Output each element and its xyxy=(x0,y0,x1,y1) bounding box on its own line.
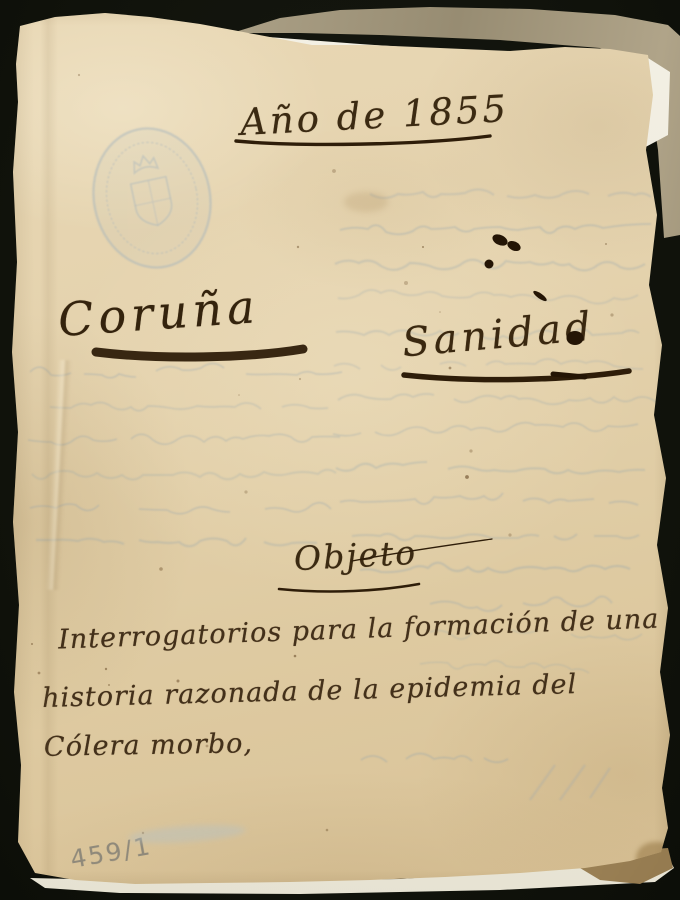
paper-speck xyxy=(294,655,297,658)
paper-speck xyxy=(244,490,247,493)
bleedthrough-line xyxy=(32,470,336,480)
bleedthrough-line xyxy=(361,754,508,763)
ink-blot xyxy=(485,260,494,269)
paper-speck xyxy=(332,169,336,173)
ink-blot xyxy=(532,289,548,302)
paper-speck xyxy=(299,378,301,380)
paper-stain xyxy=(344,192,388,212)
paper-speck xyxy=(78,74,80,76)
graphite-smudge xyxy=(128,822,247,846)
department-name: Sanidad xyxy=(400,304,596,367)
paper-speck xyxy=(469,449,472,452)
pencil-mark xyxy=(560,765,585,800)
pencil-mark xyxy=(530,765,555,800)
manuscript-page: Año de 1855 Coruña Sanidad Objeto Interr… xyxy=(0,0,680,900)
bleedthrough-line xyxy=(334,359,643,370)
bleedthrough-line xyxy=(36,538,317,546)
bleedthrough-line xyxy=(336,462,645,474)
paper-speck xyxy=(38,672,41,675)
bleedthrough-line xyxy=(340,224,651,234)
pencil-mark xyxy=(590,768,610,798)
ink-blot xyxy=(506,239,522,253)
bleedthrough-line xyxy=(338,394,656,404)
paper-speck xyxy=(238,394,240,396)
bleedthrough-line xyxy=(30,364,342,378)
underline-stroke xyxy=(404,371,629,380)
paper-speck xyxy=(422,246,424,248)
bleedthrough-line xyxy=(335,260,645,271)
paper-crease xyxy=(46,360,72,590)
underline-stroke xyxy=(279,584,419,591)
paper-speck xyxy=(449,367,452,370)
bleedthrough-line xyxy=(338,290,638,304)
paper-speck xyxy=(465,475,469,479)
place-name: Coruña xyxy=(56,279,261,347)
paper-speck xyxy=(404,281,408,285)
bleedthrough-line xyxy=(30,503,331,514)
photographed-manuscript: Año de 1855 Coruña Sanidad Objeto Interr… xyxy=(0,0,680,900)
paper-speck xyxy=(610,313,613,316)
year-line: Año de 1855 xyxy=(239,87,510,144)
bleedthrough-line xyxy=(333,423,638,436)
ink-blot xyxy=(491,232,510,248)
seal-stamp-icon xyxy=(84,118,220,278)
paper-speck xyxy=(508,533,511,536)
ink-blot xyxy=(553,374,585,377)
bleedthrough-line xyxy=(50,403,328,411)
paper-speck xyxy=(605,243,607,245)
bleedthrough-line xyxy=(370,189,651,198)
section-heading: Objeto xyxy=(293,533,418,578)
paper-speck xyxy=(31,643,33,645)
body-line: Interrogatorios para la formación de una xyxy=(58,604,660,656)
bleedthrough-line xyxy=(28,434,340,445)
paper-speck xyxy=(439,311,441,313)
body-line: Cólera morbo, xyxy=(44,728,254,763)
bleedthrough-line xyxy=(340,493,638,505)
paper-speck xyxy=(159,567,163,571)
paper-speck xyxy=(326,829,329,832)
paper-speck xyxy=(297,246,299,248)
body-line: historia razonada de la epidemia del xyxy=(42,669,578,714)
underline-stroke xyxy=(96,349,303,357)
paper-speck xyxy=(105,668,107,670)
